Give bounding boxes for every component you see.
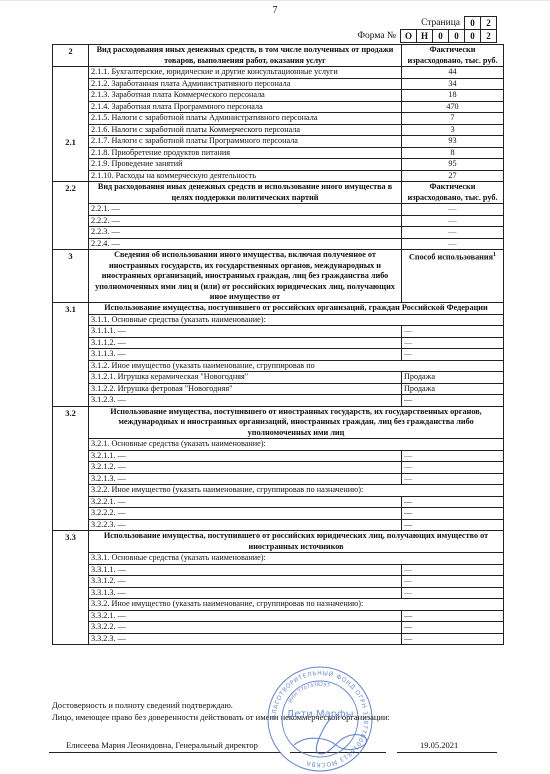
table-row: 2.1.9. Проведение занятий95 — [53, 159, 504, 171]
row-label: 2.2.3. — — [89, 227, 402, 239]
table-row: 3.3.2.1. —— — [53, 610, 504, 622]
row-label: 2.2.1. — — [89, 204, 402, 216]
page-digit: 2 — [480, 17, 496, 29]
table-row: 2.2.3. —— — [53, 227, 504, 239]
row-label: 3.2.2.2. — — [89, 508, 402, 520]
viewer-top-edge — [0, 0, 550, 1]
section-number: 2.2 — [53, 182, 89, 250]
table-row: 2.2.1. —— — [53, 204, 504, 216]
row-value: — — [402, 204, 504, 216]
table-row: 2.1.1. Бухгалтерские, юридические и друг… — [53, 67, 504, 79]
section-number: 2 — [53, 45, 89, 67]
section-title: Вид расходования иных денежных средств и… — [89, 182, 402, 204]
table-row: 3.1.1.1. —— — [53, 326, 504, 338]
row-label: 3.2.1.3. — — [89, 473, 402, 485]
table-row: 3.1.2.3. —— — [53, 395, 504, 407]
row-value: — — [402, 215, 504, 227]
subsection-label: 3.2.2. Иное имущество (указать наименова… — [53, 485, 504, 497]
row-label: 3.1.2.2. Игрушка фетровая "Новогодняя" — [89, 383, 402, 395]
form-digit: 0 — [464, 30, 480, 42]
table-row: 2.1.3. Заработная плата Коммерческого пе… — [53, 90, 504, 102]
footnote-mark: 1 — [493, 252, 496, 258]
section-number: 3.3 — [53, 531, 89, 645]
table-row: 3.2.2.3. —— — [53, 519, 504, 531]
page-number: 7 — [0, 5, 550, 16]
page-digits: 0 2 — [464, 16, 497, 30]
table-row: 2.1.6. Налоги с заработной платы Коммерч… — [53, 124, 504, 136]
row-label: 3.3.1.1. — — [89, 564, 402, 576]
row-label: 2.1.7. Налоги с заработной платы Програм… — [89, 136, 402, 148]
row-value: 7 — [402, 113, 504, 125]
row-label: 2.1.6. Налоги с заработной платы Коммерч… — [89, 124, 402, 136]
row-label: 3.1.2.1. Игрушка керамическая "Новогодня… — [89, 372, 402, 384]
row-label: 3.2.1.2. — — [89, 462, 402, 474]
row-label: 2.2.2. — — [89, 215, 402, 227]
row-value: 18 — [402, 90, 504, 102]
form-digits: О Н 0 0 0 2 — [400, 29, 497, 43]
subsection-label: 3.3.2. Иное имущество (указать наименова… — [89, 599, 504, 611]
section-2-header: 2Вид расходования иных денежных средств,… — [53, 45, 504, 67]
row-label: 2.2.4. — — [89, 238, 402, 250]
form-label: Форма № — [358, 31, 396, 41]
table-row: 3.3.2.2. —— — [53, 622, 504, 634]
section-title: Сведения об использовании иного имуществ… — [89, 250, 402, 303]
section-number: 2.1 — [53, 136, 89, 148]
row-value: — — [402, 462, 504, 474]
section-title-text: Сведения об использовании иного имуществ… — [91, 250, 399, 302]
table-row: 2.12.1.7. Налоги с заработной платы Прог… — [53, 136, 504, 148]
row-value: 34 — [402, 78, 504, 90]
report-table: 2Вид расходования иных денежных средств,… — [52, 44, 504, 645]
stamp-center-text: Дети Марфы — [286, 709, 353, 720]
row-value: — — [402, 564, 504, 576]
section-number — [53, 170, 89, 182]
table-row: 3.2.1.3. —— — [53, 473, 504, 485]
section-number — [53, 147, 89, 159]
row-label: 3.3.2.3. — — [89, 633, 402, 645]
row-label: 2.1.4. Заработная плата Программного пер… — [89, 101, 402, 113]
section31-header: 3.1Использование имущества, поступившего… — [53, 303, 504, 315]
page-digit: 0 — [465, 17, 480, 29]
page-label: Страница — [421, 18, 460, 28]
subsection-label: 3.2.1. Основные средства (указать наимен… — [53, 439, 504, 451]
form-digit: 0 — [432, 30, 448, 42]
row-label: 2.1.8. Приобретение продуктов питания — [89, 147, 402, 159]
section-number — [53, 67, 89, 79]
column-header: Способ использования1 — [402, 250, 504, 303]
row-value: — — [402, 326, 504, 338]
row-value: — — [402, 576, 504, 588]
row-value: 8 — [402, 147, 504, 159]
table-row: 2.1.5. Налоги с заработной платы Админис… — [53, 113, 504, 125]
row-value: — — [402, 450, 504, 462]
row-label: 3.1.1.3. — — [89, 349, 402, 361]
section-number: 3.2 — [53, 406, 89, 531]
table-row: 2.1.4. Заработная плата Программного пер… — [53, 101, 504, 113]
table-row: 2.1.8. Приобретение продуктов питания8 — [53, 147, 504, 159]
row-value: 27 — [402, 170, 504, 182]
row-value: Продажа — [402, 372, 504, 384]
section-2-2-header: 2.2Вид расходования иных денежных средст… — [53, 182, 504, 204]
section-title: Вид расходования иных денежных средств, … — [89, 45, 402, 67]
section-number — [53, 90, 89, 102]
table-row: 3.3.2.3. —— — [53, 633, 504, 645]
row-value: — — [402, 337, 504, 349]
form-digit: 2 — [480, 30, 496, 42]
table-row: 3.2.2.2. —— — [53, 508, 504, 520]
table-row: 3.2.1.1. —— — [53, 450, 504, 462]
section33-header: 3.3Использование имущества, поступившего… — [53, 531, 504, 553]
column-header-text: Способ использования — [409, 253, 493, 262]
section-number — [53, 113, 89, 125]
subsection-label: 3.2.1. Основные средства (указать наимен… — [89, 439, 504, 451]
row-value: — — [402, 519, 504, 531]
form-indicator: Форма № О Н 0 0 0 2 — [358, 29, 497, 43]
section-title: Использование имущества, поступившего от… — [89, 406, 504, 439]
row-label: 2.1.3. Заработная плата Коммерческого пе… — [89, 90, 402, 102]
row-value: — — [402, 227, 504, 239]
table-row: 2.2.4. —— — [53, 238, 504, 250]
signature-scribble — [294, 717, 367, 754]
subsection-label: 3.2.2. Иное имущество (указать наименова… — [89, 485, 504, 497]
section-number — [53, 78, 89, 90]
section-number: 3.1 — [53, 303, 89, 407]
row-value: 44 — [402, 67, 504, 79]
column-header: Фактически израсходовано, тыс. руб. — [402, 182, 504, 204]
row-label: 3.3.1.2. — — [89, 576, 402, 588]
subsection-label: 3.1.2. Иное имущество (указать наименова… — [89, 360, 504, 372]
confirmation-text: Достоверность и полноту сведений подтвер… — [52, 700, 233, 710]
row-value: — — [402, 496, 504, 508]
subsection-label: 3.3.2. Иное имущество (указать наименова… — [53, 599, 504, 611]
row-label: 2.1.9. Проведение занятий — [89, 159, 402, 171]
row-label: 3.3.2.1. — — [89, 610, 402, 622]
row-value: — — [402, 633, 504, 645]
form-digit: О — [401, 30, 416, 42]
row-value: 93 — [402, 136, 504, 148]
page-indicator: Страница 0 2 — [421, 16, 497, 30]
row-value: — — [402, 587, 504, 599]
row-value: — — [402, 622, 504, 634]
row-value: — — [402, 508, 504, 520]
table-row: 3.1.1.3. —— — [53, 349, 504, 361]
row-label: 3.2.2.1. — — [89, 496, 402, 508]
form-digit: 0 — [448, 30, 464, 42]
row-label: 3.3.2.2. — — [89, 622, 402, 634]
table-row: 3.2.2.1. —— — [53, 496, 504, 508]
section-number — [53, 124, 89, 136]
row-value: — — [402, 395, 504, 407]
table-row: 3.3.1.3. —— — [53, 587, 504, 599]
row-value: 95 — [402, 159, 504, 171]
subsection-label: 3.3.1. Основные средства (указать наимен… — [53, 553, 504, 565]
row-value: — — [402, 238, 504, 250]
table-row: 3.1.1.2. —— — [53, 337, 504, 349]
section-number: 3 — [53, 250, 89, 303]
table-row: 3.2.1.2. —— — [53, 462, 504, 474]
row-label: 3.1.1.2. — — [89, 337, 402, 349]
section-title: Использование имущества, поступившего от… — [89, 303, 504, 315]
table-row: 2.1.10. Расходы на коммерческую деятельн… — [53, 170, 504, 182]
table-row: 3.3.1.2. —— — [53, 576, 504, 588]
row-value: — — [402, 473, 504, 485]
subsection-label: 3.1.1. Основные средства (указать наимен… — [89, 314, 504, 326]
signer-name: Елисеева Мария Леонидовна, Генеральный д… — [66, 740, 258, 750]
table-row: 2.1.2. Заработанная плата Административн… — [53, 78, 504, 90]
row-label: 3.1.1.1. — — [89, 326, 402, 338]
date-line — [397, 752, 497, 753]
section32-header: 3.2Использование имущества, поступившего… — [53, 406, 504, 439]
row-label: 3.3.1.3. — — [89, 587, 402, 599]
signer-line — [49, 752, 281, 753]
column-header: Фактически израсходовано, тыс. руб. — [402, 45, 504, 67]
row-value: 470 — [402, 101, 504, 113]
row-label: 3.1.2.3. — — [89, 395, 402, 407]
row-label: 2.1.5. Налоги с заработной платы Админис… — [89, 113, 402, 125]
row-label: 3.2.1.1. — — [89, 450, 402, 462]
section-title: Использование имущества, поступившего от… — [89, 531, 504, 553]
subsection-label: 3.3.1. Основные средства (указать наимен… — [89, 553, 504, 565]
organization-stamp: БЛАГОТВОРИТЕЛЬНЫЙ ФОНД ОГРН 118770001881… — [266, 665, 374, 773]
row-label: 2.1.2. Заработанная плата Административн… — [89, 78, 402, 90]
form-digit: Н — [416, 30, 432, 42]
section-number — [53, 101, 89, 113]
table-row: 3.3.1.1. —— — [53, 564, 504, 576]
sign-date: 19.05.2021 — [420, 740, 458, 750]
subsection-label: 3.1.2. Иное имущество (указать наименова… — [53, 360, 504, 372]
row-value: 3 — [402, 124, 504, 136]
row-label: 2.1.10. Расходы на коммерческую деятельн… — [89, 170, 402, 182]
section-3-header: 3Сведения об использовании иного имущест… — [53, 250, 504, 303]
row-value: — — [402, 610, 504, 622]
subsection-label: 3.1.1. Основные средства (указать наимен… — [53, 314, 504, 326]
row-label: 2.1.1. Бухгалтерские, юридические и друг… — [89, 67, 402, 79]
table-row: 2.2.2. —— — [53, 215, 504, 227]
row-value: — — [402, 349, 504, 361]
row-label: 3.2.2.3. — — [89, 519, 402, 531]
table-row: 3.1.2.2. Игрушка фетровая "Новогодняя"Пр… — [53, 383, 504, 395]
table-row: 3.1.2.1. Игрушка керамическая "Новогодня… — [53, 372, 504, 384]
section-number — [53, 159, 89, 171]
row-value: Продажа — [402, 383, 504, 395]
